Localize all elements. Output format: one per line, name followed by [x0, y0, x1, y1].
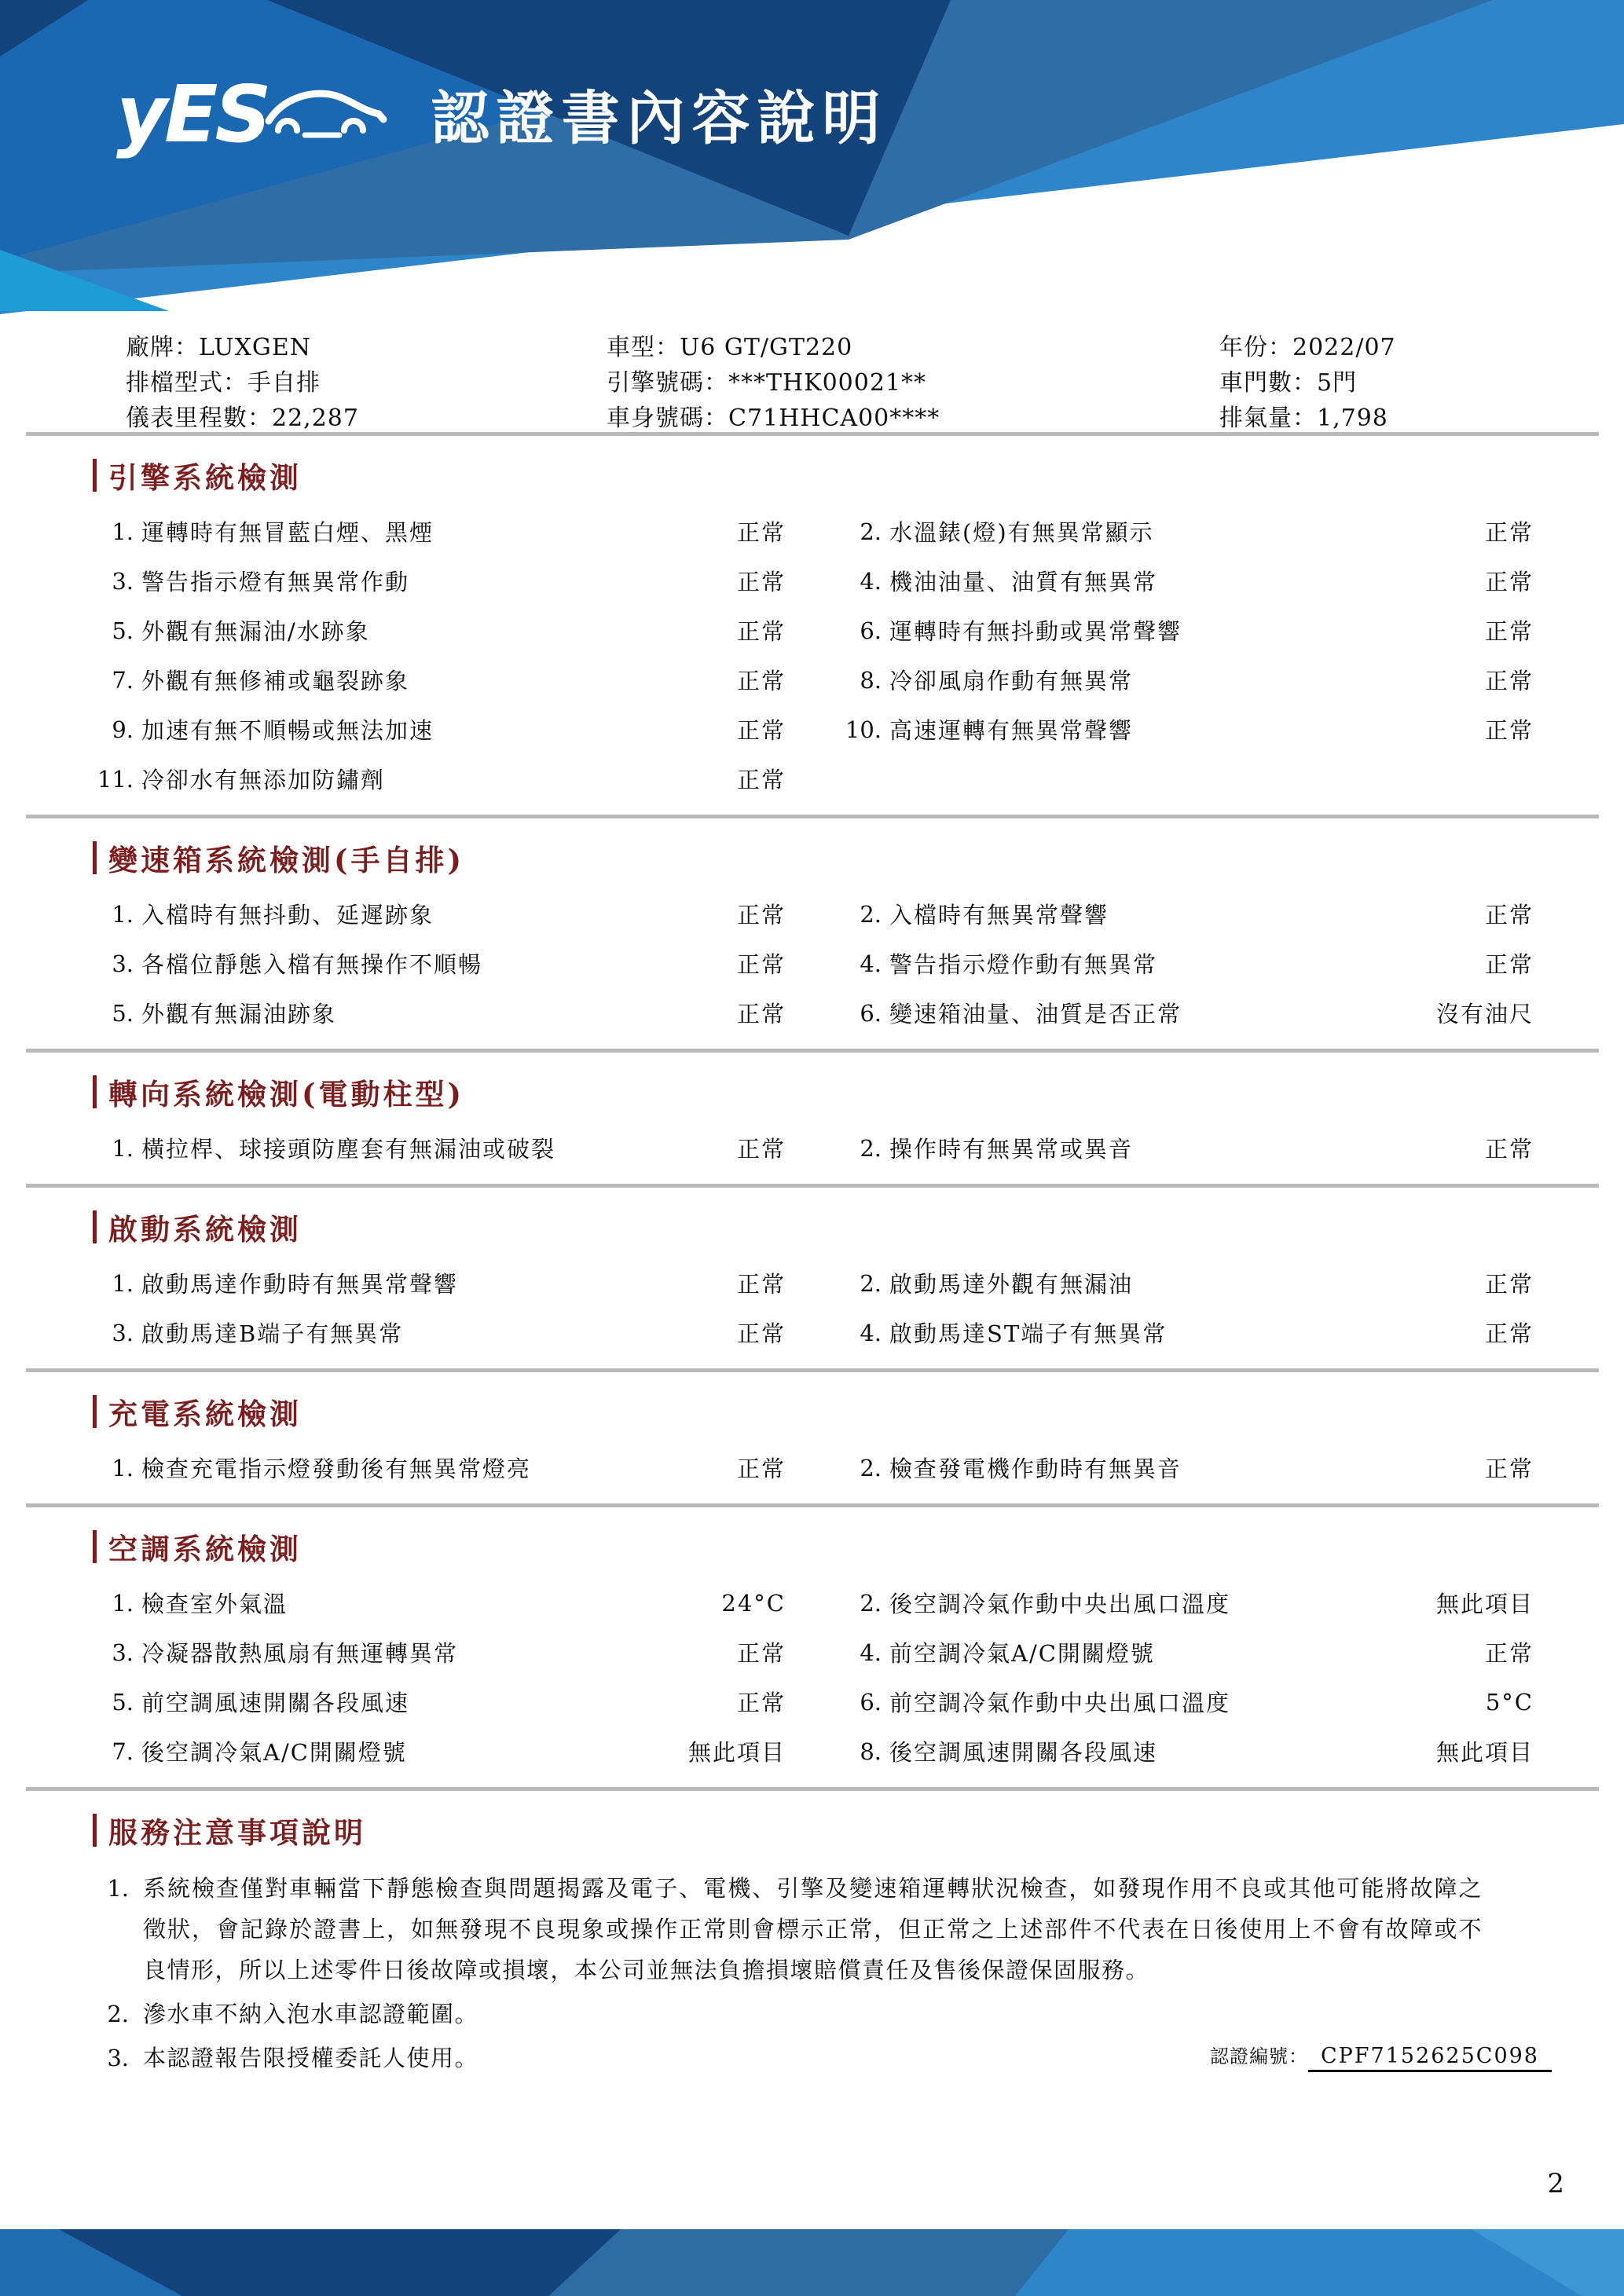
- section-items: 1.入檔時有無抖動、延遲跡象正常2.入檔時有無異常聲響正常3.各檔位靜態入檔有無…: [93, 889, 1534, 1038]
- item-result: 正常: [1469, 1636, 1534, 1668]
- item-text: 警告指示燈有無異常作動: [141, 565, 409, 597]
- item-text: 啟動馬達B端子有無異常: [141, 1316, 403, 1349]
- item-number: 4.: [841, 950, 882, 977]
- certificate-number-label: 認證編號：: [1210, 2041, 1308, 2068]
- vehicle-info-value: ***THK00021**: [728, 369, 926, 397]
- item-number: 10.: [841, 716, 882, 743]
- vehicle-info-label: 年份：: [1219, 334, 1292, 361]
- section-title-bar: [93, 459, 97, 492]
- inspection-item: 2.後空調冷氣作動中央出風口溫度無此項目: [841, 1578, 1534, 1628]
- footer-background-art: [0, 2229, 1624, 2296]
- item-text: 檢查室外氣溫: [141, 1587, 288, 1619]
- item-result: 無此項目: [1421, 1587, 1534, 1619]
- sections-container: 引擎系統檢測1.運轉時有無冒藍白煙、黑煙正常2.水溫錶(燈)有無異常顯示正常3.…: [0, 436, 1624, 1791]
- item-number: 4.: [841, 568, 882, 595]
- inspection-item: 2.操作時有無異常或異音正常: [841, 1123, 1534, 1173]
- header-content: yES 認證書內容說明: [116, 72, 888, 156]
- item-result: 正常: [1469, 664, 1534, 696]
- item-text: 運轉時有無冒藍白煙、黑煙: [141, 515, 434, 547]
- item-text: 機油油量、油質有無異常: [889, 565, 1157, 597]
- vehicle-info-field: 車門數：5門: [1219, 363, 1624, 397]
- item-text: 後空調冷氣A/C開關燈號: [141, 1735, 407, 1767]
- inspection-item: 6.運轉時有無抖動或異常聲響正常: [841, 606, 1534, 655]
- section-title-bar: [93, 1075, 97, 1108]
- vehicle-info-value: 22,287: [272, 405, 359, 432]
- item-text: 入檔時有無抖動、延遲跡象: [141, 898, 434, 930]
- yes-logo-text: yES: [116, 75, 269, 154]
- item-text: 變速箱油量、油質是否正常: [889, 997, 1182, 1029]
- item-text: 水溫錶(燈)有無異常顯示: [889, 515, 1154, 547]
- vehicle-info-label: 車門數：: [1219, 369, 1317, 397]
- section-title-bar: [93, 1395, 97, 1428]
- inspection-item: 2.入檔時有無異常聲響正常: [841, 889, 1534, 939]
- section-title-bar: [93, 1210, 97, 1243]
- vehicle-info-field: 車身號碼：C71HHCA00****: [607, 398, 1219, 433]
- note-text: 系統檢查僅對車輛當下靜態檢查與問題揭露及電子、電機、引擎及變速箱運轉狀況檢查，如…: [143, 1868, 1483, 1990]
- item-number: 5.: [93, 1689, 134, 1716]
- vehicle-info-label: 車型：: [607, 334, 680, 361]
- page-footer: [0, 2229, 1624, 2296]
- vehicle-info-label: 排氣量：: [1219, 405, 1317, 432]
- item-text: 啟動馬達外觀有無漏油: [889, 1267, 1133, 1299]
- inspection-item: 5.外觀有無漏油跡象正常: [93, 988, 786, 1038]
- service-notes-section: 服務注意事項說明 1.系統檢查僅對車輛當下靜態檢查與問題揭露及電子、電機、引擎及…: [0, 1791, 1624, 2078]
- vehicle-info-label: 廠牌：: [126, 334, 199, 361]
- section-title: 服務注意事項說明: [108, 1809, 366, 1851]
- section-items: 1.啟動馬達作動時有無異常聲響正常2.啟動馬達外觀有無漏油正常3.啟動馬達B端子…: [93, 1258, 1534, 1357]
- item-result: 正常: [721, 1267, 786, 1299]
- note-number: 1.: [93, 1868, 129, 1909]
- section-title: 啟動系統檢測: [108, 1206, 302, 1248]
- item-result: 沒有油尺: [1421, 997, 1534, 1029]
- item-text: 冷卻水有無添加防鏽劑: [141, 763, 385, 795]
- section-title: 轉向系統檢測(電動柱型): [108, 1071, 464, 1113]
- inspection-item: 2.水溫錶(燈)有無異常顯示正常: [841, 507, 1534, 556]
- item-result: 正常: [721, 515, 786, 547]
- section-items: 1.運轉時有無冒藍白煙、黑煙正常2.水溫錶(燈)有無異常顯示正常3.警告指示燈有…: [93, 507, 1534, 804]
- item-result: 正常: [1469, 1132, 1534, 1164]
- item-result: 5°C: [1470, 1689, 1534, 1716]
- item-number: 6.: [841, 1000, 882, 1027]
- section-title: 引擎系統檢測: [108, 454, 302, 496]
- note-item: 2.滲水車不納入泡水車認證範圍。: [93, 1994, 1534, 2034]
- item-number: 1.: [93, 1590, 134, 1617]
- item-text: 各檔位靜態入檔有無操作不順暢: [141, 947, 482, 980]
- section-items: 1.檢查室外氣溫24°C2.後空調冷氣作動中央出風口溫度無此項目3.冷凝器散熱風…: [93, 1578, 1534, 1776]
- item-result: 正常: [1469, 713, 1534, 745]
- certificate-number-value: CPF7152625C098: [1308, 2044, 1552, 2072]
- vehicle-info-label: 引擎號碼：: [607, 369, 728, 397]
- inspection-item: 4.警告指示燈作動有無異常正常: [841, 939, 1534, 988]
- section-title: 充電系統檢測: [108, 1390, 302, 1433]
- item-result: 正常: [721, 713, 786, 745]
- item-number: 2.: [841, 1270, 882, 1297]
- section-title-bar: [93, 1814, 97, 1847]
- inspection-item: 3.冷凝器散熱風扇有無運轉異常正常: [93, 1628, 786, 1677]
- item-number: 1.: [93, 1270, 134, 1297]
- item-number: 2.: [841, 1590, 882, 1617]
- item-number: 1.: [93, 1455, 134, 1481]
- inspection-section: 轉向系統檢測(電動柱型)1.橫拉桿、球接頭防塵套有無漏油或破裂正常2.操作時有無…: [0, 1053, 1624, 1184]
- inspection-item: 8.後空調風速開關各段風速無此項目: [841, 1727, 1534, 1776]
- inspection-section: 引擎系統檢測1.運轉時有無冒藍白煙、黑煙正常2.水溫錶(燈)有無異常顯示正常3.…: [0, 436, 1624, 815]
- section-title: 空調系統檢測: [108, 1525, 302, 1568]
- inspection-item: 1.檢查室外氣溫24°C: [93, 1578, 786, 1628]
- note-text: 本認證報告限授權委託人使用。: [143, 2038, 478, 2078]
- item-number: 3.: [93, 950, 134, 977]
- inspection-item: 1.入檔時有無抖動、延遲跡象正常: [93, 889, 786, 939]
- section-title-row: 變速箱系統檢測(手自排): [93, 839, 1534, 877]
- vehicle-info-field: 廠牌：LUXGEN: [126, 328, 607, 362]
- document-body: 廠牌：LUXGEN排檔型式：手自排儀表里程數：22,287車型：U6 GT/GT…: [0, 314, 1624, 2082]
- item-number: 3.: [93, 1639, 134, 1666]
- section-title-bar: [93, 1530, 97, 1563]
- item-text: 警告指示燈作動有無異常: [889, 947, 1157, 980]
- inspection-item: 11.冷卻水有無添加防鏽劑正常: [93, 754, 786, 804]
- inspection-item: 1.橫拉桿、球接頭防塵套有無漏油或破裂正常: [93, 1123, 786, 1173]
- item-result: 正常: [1469, 614, 1534, 646]
- item-text: 檢查發電機作動時有無異音: [889, 1452, 1182, 1484]
- vehicle-info-value: C71HHCA00****: [728, 405, 940, 432]
- item-number: 6.: [841, 1689, 882, 1716]
- inspection-item: 4.前空調冷氣A/C開關燈號正常: [841, 1628, 1534, 1677]
- page-title: 認證書內容說明: [431, 72, 888, 156]
- inspection-item: 10.高速運轉有無異常聲響正常: [841, 705, 1534, 754]
- vehicle-info-value: 1,798: [1317, 405, 1388, 432]
- section-items: 1.檢查充電指示燈發動後有無異常燈亮正常2.檢查發電機作動時有無異音正常: [93, 1443, 1534, 1492]
- inspection-item: 5.前空調風速開關各段風速正常: [93, 1677, 786, 1727]
- vehicle-info-field: 年份：2022/07: [1219, 328, 1624, 362]
- yes-logo: yES: [116, 74, 394, 154]
- item-number: 1.: [93, 518, 134, 545]
- inspection-item: 9.加速有無不順暢或無法加速正常: [93, 705, 786, 754]
- page-header: yES 認證書內容說明: [0, 0, 1624, 314]
- note-number: 2.: [93, 1994, 129, 2034]
- item-result: 正常: [721, 763, 786, 795]
- page-number: 2: [1547, 2168, 1564, 2199]
- inspection-item: 5.外觀有無漏油/水跡象正常: [93, 606, 786, 655]
- section-items: 1.橫拉桿、球接頭防塵套有無漏油或破裂正常2.操作時有無異常或異音正常: [93, 1123, 1534, 1173]
- vehicle-info-field: 排檔型式：手自排: [126, 363, 607, 397]
- vehicle-info-label: 儀表里程數：: [126, 405, 272, 432]
- item-result: 正常: [1469, 1316, 1534, 1349]
- item-result: 正常: [721, 947, 786, 980]
- item-result: 正常: [1469, 898, 1534, 930]
- item-number: 3.: [93, 1320, 134, 1346]
- item-result: 正常: [721, 1132, 786, 1164]
- item-result: 正常: [1469, 1452, 1534, 1484]
- item-number: 3.: [93, 568, 134, 595]
- item-number: 8.: [841, 667, 882, 694]
- vehicle-info-field: 儀表里程數：22,287: [126, 398, 607, 433]
- section-title-row: 空調系統檢測: [93, 1528, 1534, 1565]
- inspection-item: 1.啟動馬達作動時有無異常聲響正常: [93, 1258, 786, 1308]
- item-text: 加速有無不順暢或無法加速: [141, 713, 434, 745]
- item-text: 入檔時有無異常聲響: [889, 898, 1109, 930]
- item-text: 啟動馬達作動時有無異常聲響: [141, 1267, 458, 1299]
- item-text: 前空調風速開關各段風速: [141, 1686, 409, 1718]
- car-outline-icon: [264, 74, 394, 152]
- item-result: 正常: [721, 1452, 786, 1484]
- item-text: 高速運轉有無異常聲響: [889, 713, 1133, 745]
- item-text: 前空調冷氣作動中央出風口溫度: [889, 1686, 1230, 1718]
- inspection-item: 2.檢查發電機作動時有無異音正常: [841, 1443, 1534, 1492]
- item-result: 正常: [721, 1316, 786, 1349]
- inspection-item: 6.變速箱油量、油質是否正常沒有油尺: [841, 988, 1534, 1038]
- inspection-item: 3.警告指示燈有無異常作動正常: [93, 556, 786, 606]
- item-number: 8.: [841, 1738, 882, 1765]
- item-number: 9.: [93, 716, 134, 743]
- inspection-section: 空調系統檢測1.檢查室外氣溫24°C2.後空調冷氣作動中央出風口溫度無此項目3.…: [0, 1507, 1624, 1787]
- item-number: 1.: [93, 1135, 134, 1162]
- item-number: 7.: [93, 1738, 134, 1765]
- vehicle-info-value: U6 GT/GT220: [680, 334, 852, 361]
- inspection-item: 4.機油油量、油質有無異常正常: [841, 556, 1534, 606]
- inspection-section: 充電系統檢測1.檢查充電指示燈發動後有無異常燈亮正常2.檢查發電機作動時有無異音…: [0, 1372, 1624, 1503]
- vehicle-info-value: 5門: [1317, 369, 1357, 397]
- item-text: 檢查充電指示燈發動後有無異常燈亮: [141, 1452, 531, 1484]
- item-text: 外觀有無漏油跡象: [141, 997, 336, 1029]
- vehicle-info-field: 車型：U6 GT/GT220: [607, 328, 1219, 362]
- item-text: 橫拉桿、球接頭防塵套有無漏油或破裂: [141, 1132, 555, 1164]
- item-number: 2.: [841, 1135, 882, 1162]
- item-number: 1.: [93, 901, 134, 928]
- certificate-number-row: 認證編號： CPF7152625C098: [1210, 2041, 1552, 2072]
- item-text: 運轉時有無抖動或異常聲響: [889, 614, 1182, 646]
- vehicle-info-field: 排氣量：1,798: [1219, 398, 1624, 433]
- item-text: 啟動馬達ST端子有無異常: [889, 1316, 1167, 1349]
- inspection-item: 6.前空調冷氣作動中央出風口溫度5°C: [841, 1677, 1534, 1727]
- inspection-item: 8.冷卻風扇作動有無異常正常: [841, 655, 1534, 705]
- item-result: 正常: [1469, 565, 1534, 597]
- inspection-item: 3.啟動馬達B端子有無異常正常: [93, 1308, 786, 1357]
- item-text: 前空調冷氣A/C開關燈號: [889, 1636, 1155, 1668]
- inspection-item: 3.各檔位靜態入檔有無操作不順暢正常: [93, 939, 786, 988]
- inspection-item: 4.啟動馬達ST端子有無異常正常: [841, 1308, 1534, 1357]
- item-text: 外觀有無修補或龜裂跡象: [141, 664, 409, 696]
- item-result: 正常: [721, 1636, 786, 1668]
- inspection-item: 1.運轉時有無冒藍白煙、黑煙正常: [93, 507, 786, 556]
- item-result: 無此項目: [1421, 1735, 1534, 1767]
- item-result: 正常: [721, 614, 786, 646]
- item-result: 正常: [721, 664, 786, 696]
- item-result: 正常: [721, 1686, 786, 1718]
- section-title-bar: [93, 841, 97, 874]
- inspection-item: 1.檢查充電指示燈發動後有無異常燈亮正常: [93, 1443, 786, 1492]
- inspection-section: 啟動系統檢測1.啟動馬達作動時有無異常聲響正常2.啟動馬達外觀有無漏油正常3.啟…: [0, 1188, 1624, 1368]
- section-title-row: 引擎系統檢測: [93, 456, 1534, 494]
- item-result: 無此項目: [673, 1735, 786, 1767]
- item-result: 正常: [721, 898, 786, 930]
- section-title: 變速箱系統檢測(手自排): [108, 837, 464, 879]
- vehicle-info-value: 手自排: [247, 369, 321, 397]
- note-number: 3.: [93, 2038, 129, 2078]
- item-number: 2.: [841, 1455, 882, 1481]
- item-text: 冷卻風扇作動有無異常: [889, 664, 1133, 696]
- vehicle-info-value: 2022/07: [1292, 334, 1396, 361]
- item-result: 正常: [1469, 515, 1534, 547]
- item-text: 冷凝器散熱風扇有無運轉異常: [141, 1636, 458, 1668]
- item-text: 操作時有無異常或異音: [889, 1132, 1133, 1164]
- item-number: 7.: [93, 667, 134, 694]
- item-result: 正常: [1469, 947, 1534, 980]
- section-title-row: 充電系統檢測: [93, 1393, 1534, 1430]
- item-number: 11.: [93, 766, 134, 793]
- inspection-section: 變速箱系統檢測(手自排)1.入檔時有無抖動、延遲跡象正常2.入檔時有無異常聲響正…: [0, 818, 1624, 1049]
- section-title-row: 服務注意事項說明: [93, 1811, 1534, 1849]
- section-title-row: 轉向系統檢測(電動柱型): [93, 1073, 1534, 1111]
- item-number: 4.: [841, 1639, 882, 1666]
- item-text: 後空調風速開關各段風速: [889, 1735, 1157, 1767]
- item-result: 24°C: [706, 1590, 786, 1617]
- note-text: 滲水車不納入泡水車認證範圍。: [143, 1994, 478, 2034]
- item-text: 後空調冷氣作動中央出風口溫度: [889, 1587, 1230, 1619]
- item-number: 2.: [841, 901, 882, 928]
- item-number: 4.: [841, 1320, 882, 1346]
- item-number: 6.: [841, 617, 882, 644]
- item-number: 5.: [93, 1000, 134, 1027]
- vehicle-info-value: LUXGEN: [199, 334, 311, 361]
- vehicle-info-label: 排檔型式：: [126, 369, 247, 397]
- vehicle-info: 廠牌：LUXGEN排檔型式：手自排儀表里程數：22,287車型：U6 GT/GT…: [0, 314, 1624, 432]
- item-number: 5.: [93, 617, 134, 644]
- inspection-item: 2.啟動馬達外觀有無漏油正常: [841, 1258, 1534, 1308]
- note-item: 1.系統檢查僅對車輛當下靜態檢查與問題揭露及電子、電機、引擎及變速箱運轉狀況檢查…: [93, 1868, 1534, 1990]
- vehicle-info-grid: 廠牌：LUXGEN排檔型式：手自排儀表里程數：22,287車型：U6 GT/GT…: [126, 327, 1624, 433]
- vehicle-info-field: 引擎號碼：***THK00021**: [607, 363, 1219, 397]
- item-result: 正常: [721, 997, 786, 1029]
- item-text: 外觀有無漏油/水跡象: [141, 614, 370, 646]
- vehicle-info-label: 車身號碼：: [607, 405, 728, 432]
- item-number: 2.: [841, 518, 882, 545]
- item-result: 正常: [1469, 1267, 1534, 1299]
- inspection-item: 7.外觀有無修補或龜裂跡象正常: [93, 655, 786, 705]
- item-result: 正常: [721, 565, 786, 597]
- inspection-item: 7.後空調冷氣A/C開關燈號無此項目: [93, 1727, 786, 1776]
- section-title-row: 啟動系統檢測: [93, 1208, 1534, 1246]
